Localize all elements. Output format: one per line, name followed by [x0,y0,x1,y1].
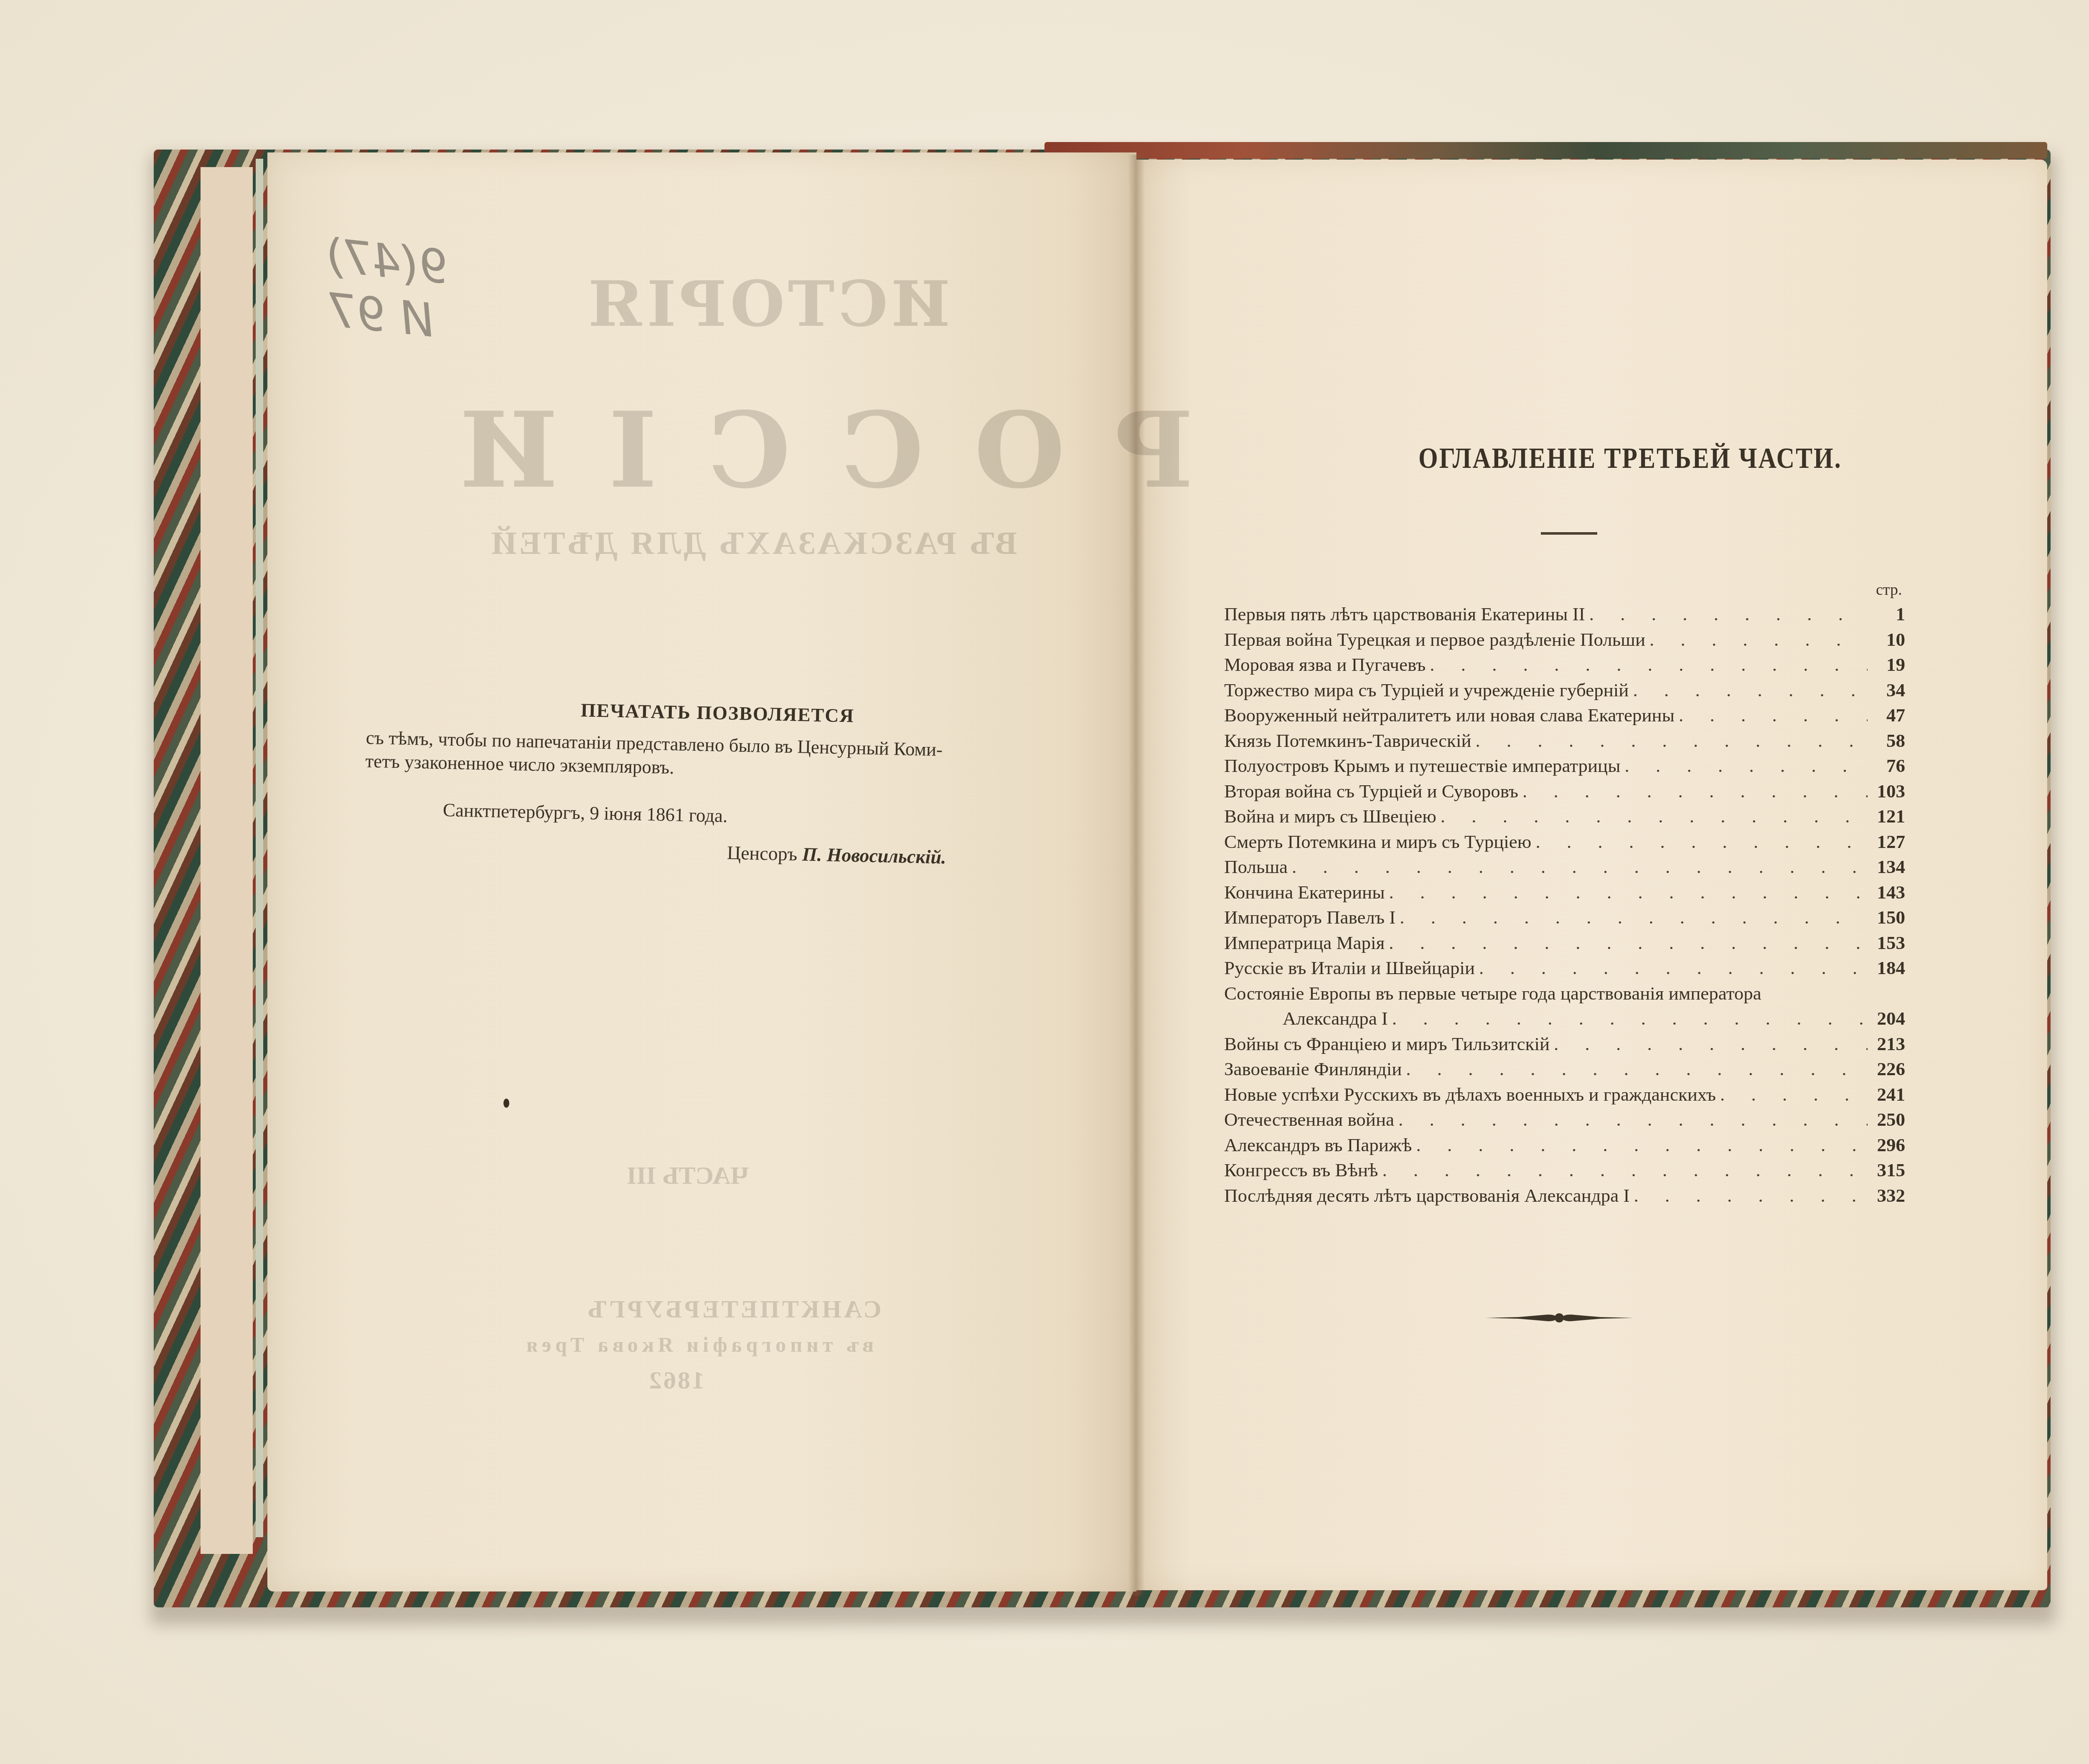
toc-entry: Моровая язва и Пугачевъ. . . . . . . . .… [1224,652,1905,678]
page-column-header: стр. [1876,581,1902,599]
toc-entry-title: Торжество мира съ Турціей и учрежденіе г… [1224,678,1629,703]
dot-leader: . . . . . . . . . . . . . . . . . . . . … [1406,1056,1868,1081]
toc-entry: Первыя пять лѣтъ царствованія Екатерины … [1224,602,1905,627]
dot-leader: . . . . . . . . . . . . . . . . . . . . … [1392,1006,1868,1031]
toc-entry-page: 153 [1872,930,1905,955]
dot-leader: . . . . . . . . . . . . . . . . . . . . … [1479,955,1868,980]
toc-entry-title: Первыя пять лѣтъ царствованія Екатерины … [1224,602,1585,627]
toc-entry-page: 103 [1872,779,1905,804]
toc-entry-page: 204 [1872,1006,1905,1031]
toc-entry: Вооруженный нейтралитетъ или новая слава… [1224,703,1905,728]
toc-entry: Кончина Екатерины. . . . . . . . . . . .… [1224,880,1905,905]
toc-entry: Полуостровъ Крымъ и путешествіе императр… [1224,753,1905,779]
toc-entry-title: Кончина Екатерины [1224,880,1385,905]
toc-entry-page: 1 [1872,602,1905,627]
toc-entry-page: 134 [1872,854,1905,879]
toc-entry: Завоеваніе Финляндіи. . . . . . . . . . … [1224,1056,1905,1082]
toc-entry-page: 47 [1872,703,1905,728]
toc-entry-page: 250 [1872,1107,1905,1132]
dot-leader: . . . . . . . . . . . . . . . . . . . . … [1720,1082,1868,1107]
pencil-shelfmark: 9(47) И 97 [316,228,450,348]
toc-entry: Торжество мира съ Турціей и учрежденіе г… [1224,678,1905,703]
dot-leader: . . . . . . . . . . . . . . . . . . . . … [1292,854,1868,879]
toc-entry-page: 296 [1872,1132,1905,1157]
toc-entry-title: Первая война Турецкая и первое раздѣлені… [1224,627,1645,652]
dot-leader: . . . . . . . . . . . . . . . . . . . . … [1475,728,1868,753]
bleed-city: САНКТПЕТЕРБУРГЪ [585,1295,882,1324]
toc-title: ОГЛАВЛЕНІЕ ТРЕТЬЕЙ ЧАСТИ. [1418,442,1842,475]
toc-entry-page: 143 [1872,880,1905,905]
dot-leader: . . . . . . . . . . . . . . . . . . . . … [1633,678,1868,703]
toc-entry-continuation: Александра I. . . . . . . . . . . . . . … [1224,1006,1905,1031]
toc-entry-page: 76 [1872,753,1905,778]
toc-entry: Императоръ Павелъ I. . . . . . . . . . .… [1224,905,1905,930]
dot-leader: . . . . . . . . . . . . . . . . . . . . … [1400,905,1868,930]
spine-top-edge [1044,142,2047,159]
toc-entry-page: 332 [1872,1183,1905,1208]
dot-leader: . . . . . . . . . . . . . . . . . . . . … [1441,804,1868,829]
dot-leader: . . . . . . . . . . . . . . . . . . . . … [1389,930,1868,955]
toc-entry: Вторая война съ Турціей и Суворовъ. . . … [1224,779,1905,804]
toc-entry-page: 121 [1872,804,1905,829]
toc-entry-page: 58 [1872,728,1905,753]
toc-entry-title: Послѣдняя десять лѣтъ царствованія Алекс… [1224,1183,1629,1208]
bleed-printer: въ типографіи Якова Трея [522,1333,874,1357]
toc-entry-page: 19 [1872,652,1905,677]
toc-entry-title: Моровая язва и Пугачевъ [1224,652,1426,677]
dot-leader: . . . . . . . . . . . . . . . . . . . . … [1522,779,1868,804]
title-rule [1541,532,1597,535]
ink-spot [503,1099,509,1108]
toc-entry-page: 150 [1872,905,1905,930]
bleed-year: 1862 [648,1366,704,1395]
bleed-title-2: РОССІИ [409,388,1194,511]
censor-signature: Ценсоръ П. Новосильскій. [727,842,947,868]
toc-entry-title: Смерть Потемкина и миръ съ Турціею [1224,829,1531,854]
toc-entry-title: Война и миръ съ Швеціею [1224,804,1436,829]
toc-entry-title: Отечественная война [1224,1107,1394,1132]
tailpiece-ornament-icon [1485,1313,1634,1323]
toc-entry: Князь Потемкинъ-Таврическій. . . . . . .… [1224,728,1905,754]
toc-entry: Польша. . . . . . . . . . . . . . . . . … [1224,854,1905,880]
toc-entry-title: Вооруженный нейтралитетъ или новая слава… [1224,703,1675,728]
dot-leader: . . . . . . . . . . . . . . . . . . . . … [1554,1031,1868,1056]
bleed-title-1: ИСТОРІЯ [585,267,950,341]
toc-entry-title: Полуостровъ Крымъ и путешествіе императр… [1224,753,1620,778]
gutter [1128,155,1145,1596]
toc-list: Первыя пять лѣтъ царствованія Екатерины … [1224,602,1905,1208]
toc-entry-title: Князь Потемкинъ-Таврическій [1224,728,1471,753]
dot-leader: . . . . . . . . . . . . . . . . . . . . … [1416,1132,1868,1157]
toc-entry-title: Конгрессъ въ Вѣнѣ [1224,1157,1378,1183]
dot-leader: . . . . . . . . . . . . . . . . . . . . … [1382,1157,1868,1183]
censor-name: П. Новосильскій. [802,843,946,868]
toc-entry-page: 213 [1872,1031,1905,1056]
flyleaf-edge [256,159,263,1537]
toc-entry: Отечественная война. . . . . . . . . . .… [1224,1107,1905,1132]
dot-leader: . . . . . . . . . . . . . . . . . . . . … [1634,1183,1868,1208]
bleed-subtitle: ВЪ РАЗСКАЗАХЪ ДЛЯ ДѢТЕЙ [489,524,1017,562]
toc-entry: Смерть Потемкина и миръ съ Турціею. . . … [1224,829,1905,855]
toc-entry-title: Императоръ Павелъ I [1224,905,1395,930]
bleed-part: ЧАСТЬ III [627,1161,749,1190]
toc-entry: Новые успѣхи Русскихъ въ дѣлахъ военныхъ… [1224,1082,1905,1107]
toc-entry-page: 315 [1872,1157,1905,1183]
dot-leader: . . . . . . . . . . . . . . . . . . . . … [1649,627,1868,652]
toc-entry-page: 34 [1872,678,1905,703]
dot-leader: . . . . . . . . . . . . . . . . . . . . … [1398,1107,1868,1132]
toc-entry-title: Завоеваніе Финляндіи [1224,1056,1402,1081]
toc-entry-page: 226 [1872,1056,1905,1081]
toc-entry-title: Русскіе въ Италіи и Швейцаріи [1224,955,1475,980]
toc-entry: Первая война Турецкая и первое раздѣлені… [1224,627,1905,652]
toc-entry-title: Императрица Марія [1224,930,1385,955]
toc-entry: Русскіе въ Италіи и Швейцаріи. . . . . .… [1224,955,1905,981]
toc-entry: Послѣдняя десять лѣтъ царствованія Алекс… [1224,1183,1905,1208]
toc-entry: Война и миръ съ Швеціею. . . . . . . . .… [1224,804,1905,829]
toc-entry: Войны съ Франціею и миръ Тильзитскій. . … [1224,1031,1905,1057]
toc-entry-page: 10 [1872,627,1905,652]
toc-entry-title: Польша [1224,854,1288,879]
dot-leader: . . . . . . . . . . . . . . . . . . . . … [1679,703,1868,728]
toc-entry-title: Новые успѣхи Русскихъ въ дѣлахъ военныхъ… [1224,1082,1716,1107]
dot-leader: . . . . . . . . . . . . . . . . . . . . … [1430,652,1868,677]
censor-label: Ценсоръ [727,842,798,865]
toc-entry: Императрица Марія. . . . . . . . . . . .… [1224,930,1905,956]
dot-leader: . . . . . . . . . . . . . . . . . . . . … [1535,829,1868,854]
toc-entry-title: Вторая война съ Турціей и Суворовъ [1224,779,1518,804]
toc-entry-page: 127 [1872,829,1905,854]
toc-entry-title: Состояніе Европы въ первые четыре года ц… [1224,981,1761,1006]
toc-entry: Состояніе Европы въ первые четыре года ц… [1224,981,1905,1006]
dot-leader: . . . . . . . . . . . . . . . . . . . . … [1389,880,1868,905]
endpaper-edge [201,167,253,1554]
toc-entry-page: 241 [1872,1082,1905,1107]
toc-entry: Конгрессъ въ Вѣнѣ. . . . . . . . . . . .… [1224,1157,1905,1183]
dot-leader: . . . . . . . . . . . . . . . . . . . . … [1624,753,1868,778]
toc-entry-title: Александра I [1224,1006,1388,1031]
dot-leader: . . . . . . . . . . . . . . . . . . . . … [1589,602,1868,627]
toc-entry-title: Войны съ Франціею и миръ Тильзитскій [1224,1031,1550,1056]
toc-entry-title: Александръ въ Парижѣ [1224,1132,1412,1157]
toc-entry: Александръ въ Парижѣ. . . . . . . . . . … [1224,1132,1905,1158]
toc-entry-page: 184 [1872,955,1905,980]
